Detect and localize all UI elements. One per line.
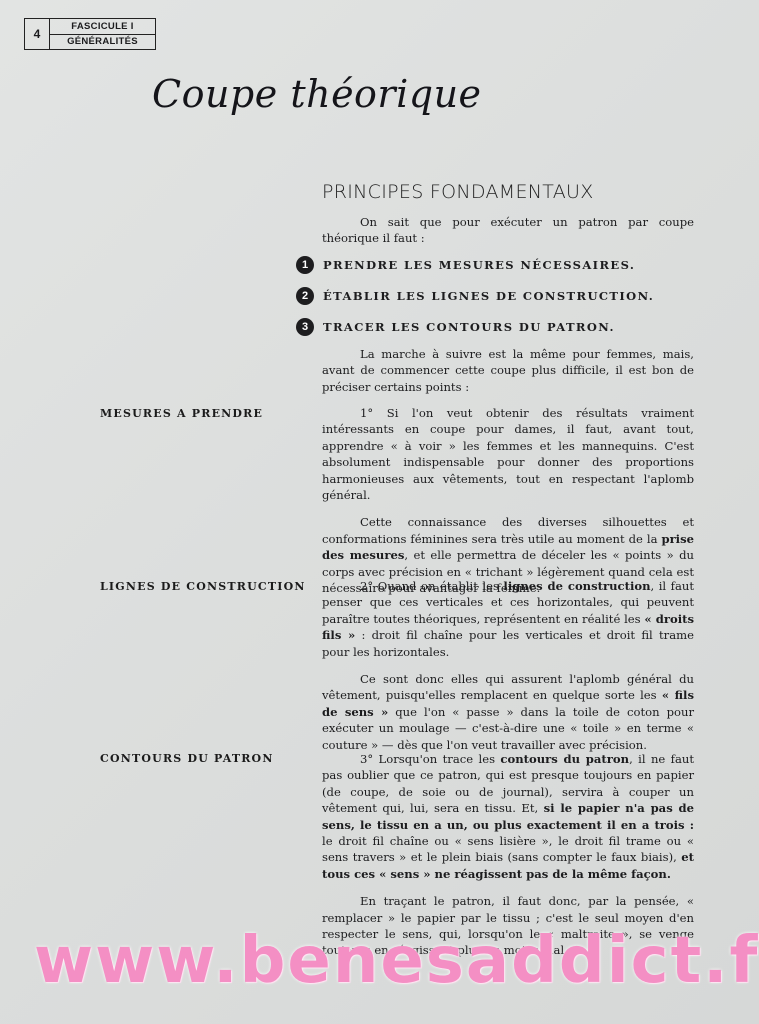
step-item: 3 TRACER LES CONTOURS DU PATRON. (296, 311, 654, 342)
text-run: le droit fil chaîne ou « sens lisière »,… (322, 834, 694, 864)
watermark-text: www.benesaddict.fr (34, 924, 754, 998)
paragraph: 1° Si l'on veut obtenir des résultats vr… (322, 405, 694, 503)
step-item: 2 ÉTABLIR LES LIGNES DE CONSTRUCTION. (296, 280, 654, 311)
step-number-badge: 2 (296, 287, 314, 305)
preamble-text: La marche à suivre est la même pour femm… (322, 346, 694, 395)
step-number-badge: 3 (296, 318, 314, 336)
step-item: 1 PRENDRE LES MESURES NÉCESSAIRES. (296, 249, 654, 280)
step-text: ÉTABLIR LES LIGNES DE CONSTRUCTION. (323, 289, 654, 303)
paragraph: 2° Quand on établit les lignes de constr… (322, 578, 694, 660)
side-label-mesures: MESURES A PRENDRE (100, 407, 263, 420)
step-text: PRENDRE LES MESURES NÉCESSAIRES. (323, 258, 635, 272)
section-label: GÉNÉRALITÉS (50, 34, 155, 50)
step-number-badge: 1 (296, 256, 314, 274)
page-header-box: 4 FASCICULE I GÉNÉRALITÉS (24, 18, 156, 50)
bold-run: contours du patron (500, 752, 629, 766)
text-run: : droit fil chaîne pour les verticales e… (322, 628, 694, 658)
paragraph: Ce sont donc elles qui assurent l'aplomb… (322, 671, 694, 753)
intro-block: On sait que pour exécuter un patron par … (322, 214, 694, 247)
text-run: 2° Quand on établit les (360, 579, 503, 593)
header-labels: FASCICULE I GÉNÉRALITÉS (50, 19, 155, 49)
intro-text: On sait que pour exécuter un patron par … (322, 214, 694, 247)
section-lignes: 2° Quand on établit les lignes de constr… (322, 578, 694, 753)
side-label-contours: CONTOURS DU PATRON (100, 752, 274, 765)
page-title: Coupe théorique (152, 72, 482, 116)
side-label-lignes: LIGNES DE CONSTRUCTION (100, 580, 306, 593)
section-heading: PRINCIPES FONDAMENTAUX (322, 181, 594, 203)
text-run: Ce sont donc elles qui assurent l'aplomb… (322, 672, 694, 702)
text-run: 3° Lorsqu'on trace les (360, 752, 500, 766)
steps-list: 1 PRENDRE LES MESURES NÉCESSAIRES. 2 ÉTA… (296, 249, 654, 342)
step-text: TRACER LES CONTOURS DU PATRON. (323, 320, 615, 334)
bold-run: lignes de construction (503, 579, 650, 593)
fascicule-label: FASCICULE I (50, 19, 155, 34)
text-run: Cette connaissance des diverses silhouet… (322, 515, 694, 545)
page-number: 4 (25, 19, 50, 49)
preamble-block: La marche à suivre est la même pour femm… (322, 346, 694, 395)
section-mesures: 1° Si l'on veut obtenir des résultats vr… (322, 405, 694, 596)
paragraph: 3° Lorsqu'on trace les contours du patro… (322, 751, 694, 882)
